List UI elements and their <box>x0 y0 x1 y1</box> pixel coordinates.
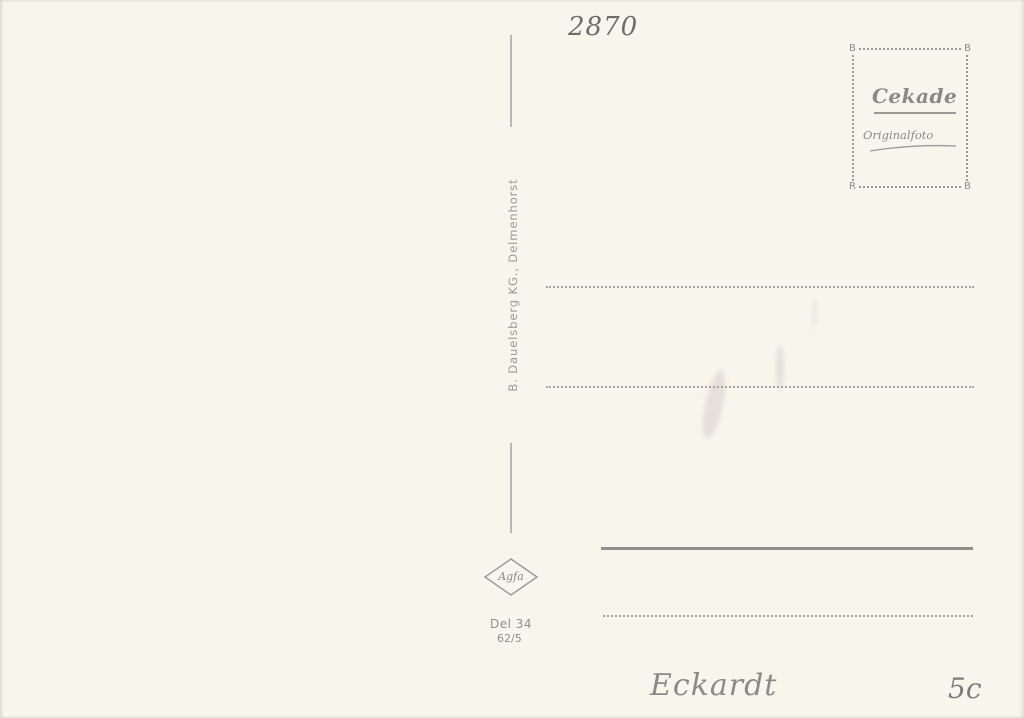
handwritten-number: 2870 <box>568 12 638 42</box>
address-line-3 <box>601 547 973 550</box>
stamp-corner-tl: B <box>848 44 857 54</box>
print-code: Del 34 <box>490 617 532 631</box>
brand-subtitle: Originalfoto <box>863 128 933 142</box>
address-line-4 <box>603 615 973 617</box>
pencil-smudge <box>776 345 784 390</box>
stamp-box: B B R B Cekade Originalfoto <box>852 48 968 188</box>
stamp-corner-bl: R <box>848 182 857 192</box>
print-subcode: 62/5 <box>497 632 522 645</box>
stamp-corner-tr: B <box>963 44 972 54</box>
handwritten-signature: Eckardt <box>650 668 777 703</box>
handwritten-corner-mark: 5c <box>948 672 982 705</box>
pencil-smudge <box>698 369 730 441</box>
svg-text:Agfa: Agfa <box>497 570 524 583</box>
center-divider-top <box>510 35 512 127</box>
pencil-smudge <box>812 298 817 328</box>
address-line-1 <box>546 286 974 288</box>
swash-icon <box>868 144 958 152</box>
publisher-imprint: B. Dauelsberg KG., Delmenhorst <box>506 178 520 391</box>
center-divider-bottom <box>510 443 512 533</box>
postcard-back: B. Dauelsberg KG., Delmenhorst Agfa Del … <box>0 0 1024 718</box>
brand-logo: Cekade <box>872 84 957 108</box>
stamp-corner-br: B <box>963 182 972 192</box>
address-line-2 <box>546 386 974 388</box>
brand-underline <box>874 112 956 114</box>
agfa-diamond-logo-icon: Agfa <box>483 557 539 597</box>
